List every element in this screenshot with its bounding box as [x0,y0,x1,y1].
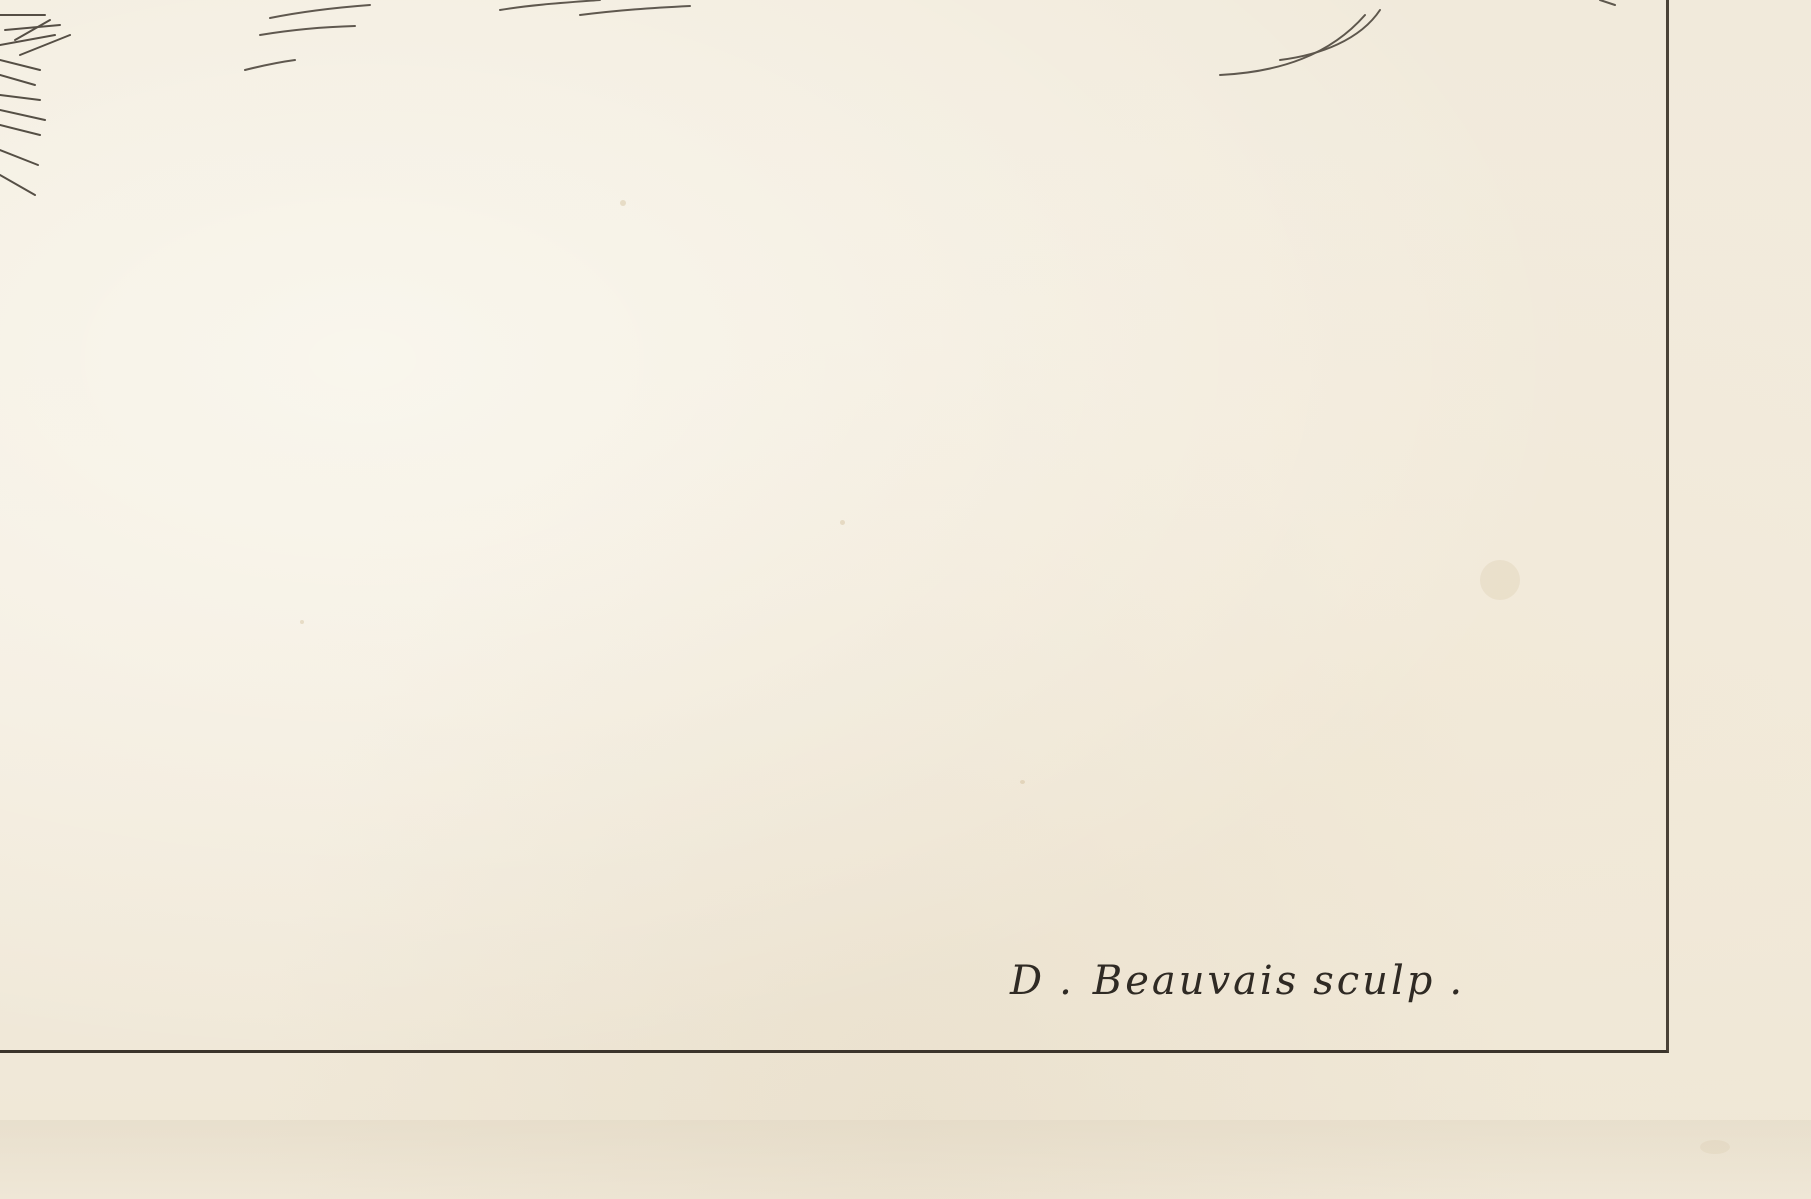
engraver-signature: D.Beauvaissculp. [1010,958,1465,1004]
signature-end-dot: . [1449,958,1465,1004]
plate-border-line [0,0,1669,1053]
signature-initial: D [1010,958,1045,1004]
signature-suffix: sculp [1313,958,1435,1004]
platemark-margin [0,1120,1811,1199]
signature-surname: Beauvais [1093,958,1299,1004]
signature-separator: . [1059,958,1075,1004]
